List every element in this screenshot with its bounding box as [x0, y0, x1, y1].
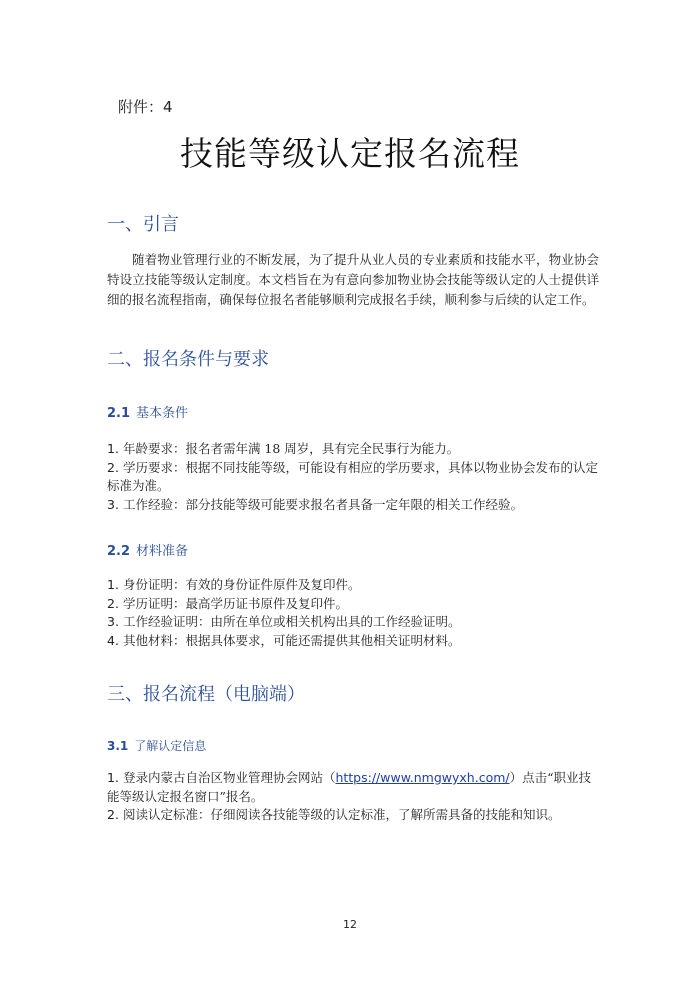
list-item: 3.工作经验证明：由所在单位或相关机构出具的工作经验证明。 [107, 613, 599, 632]
subsection-title: 基本条件 [136, 406, 188, 421]
basic-conditions-list: 1.年龄要求：报名者需年满 18 周岁，具有完全民事行为能力。 2.学历要求：根… [107, 440, 599, 514]
subsection-title: 材料准备 [136, 544, 188, 559]
subsection-heading-basic-conditions: 2.1基本条件 [107, 402, 188, 421]
page-title: 技能等级认定报名流程 [0, 128, 700, 175]
attachment-label: 附件：4 [118, 96, 173, 117]
list-item: 1.登录内蒙古自治区物业管理协会网站（https://www.nmgwyxh.c… [107, 769, 599, 806]
association-website-link[interactable]: https://www.nmgwyxh.com/ [335, 770, 509, 785]
list-item: 3.工作经验：部分技能等级可能要求报名者具备一定年限的相关工作经验。 [107, 496, 599, 515]
list-item: 1.年龄要求：报名者需年满 18 周岁，具有完全民事行为能力。 [107, 440, 599, 459]
subsection-number: 2.2 [107, 544, 130, 559]
list-item: 1.身份证明：有效的身份证件原件及复印件。 [107, 576, 599, 595]
list-item: 2.阅读认定标准：仔细阅读各技能等级的认定标准，了解所需具备的技能和知识。 [107, 806, 599, 825]
section-heading-intro: 一、引言 [107, 210, 179, 236]
materials-list: 1.身份证明：有效的身份证件原件及复印件。 2.学历证明：最高学历证书原件及复印… [107, 576, 599, 650]
subsection-title: 了解认定信息 [134, 739, 206, 753]
list-item: 2.学历证明：最高学历证书原件及复印件。 [107, 595, 599, 614]
section-heading-process: 三、报名流程（电脑端） [107, 680, 305, 706]
section-heading-requirements: 二、报名条件与要求 [107, 345, 269, 371]
list-item: 2.学历要求：根据不同技能等级，可能设有相应的学历要求，具体以物业协会发布的认定… [107, 459, 599, 496]
subsection-number: 3.1 [107, 739, 128, 753]
list-item: 4.其他材料：根据具体要求，可能还需提供其他相关证明材料。 [107, 632, 599, 651]
subsection-heading-materials: 2.2材料准备 [107, 540, 188, 559]
document-page: 附件：4 技能等级认定报名流程 一、引言 随着物业管理行业的不断发展，为了提升从… [0, 0, 700, 990]
intro-paragraph: 随着物业管理行业的不断发展，为了提升从业人员的专业素质和技能水平，物业协会特设立… [107, 250, 599, 310]
page-number: 12 [0, 918, 700, 931]
subsection-heading-understand-info: 3.1了解认定信息 [107, 737, 206, 754]
understand-info-list: 1.登录内蒙古自治区物业管理协会网站（https://www.nmgwyxh.c… [107, 769, 599, 825]
subsection-number: 2.1 [107, 406, 130, 421]
